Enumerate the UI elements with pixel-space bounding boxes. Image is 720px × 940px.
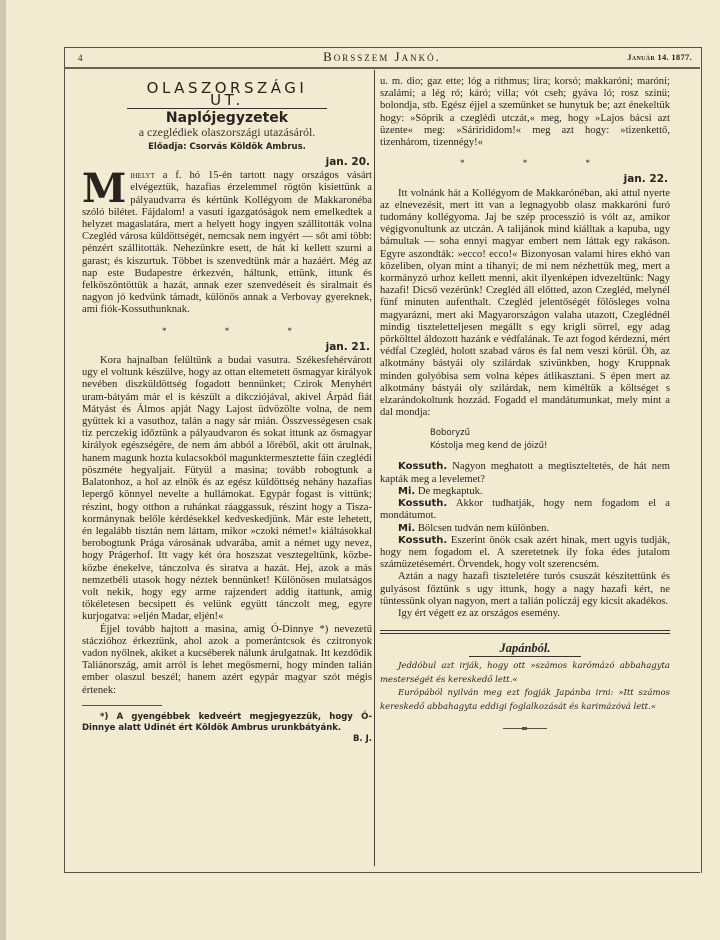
section-rule	[380, 630, 670, 634]
left-column: OLASZORSZÁGI UT. Naplójegyzetek a czeglé…	[82, 76, 372, 745]
entry-date-jan22: jan. 22.	[380, 173, 670, 185]
entry-paragraph-continuation: u. m. dio; gaz ette; lóg a rithmus; lira…	[380, 76, 670, 149]
footnote-rule	[82, 705, 162, 706]
entry-paragraph-continued: Éjjel tovább hajtott a masina, amig Ó-Di…	[82, 624, 372, 697]
japan-paragraph: Jeddóbul azt irják, hogy ott »számos kar…	[380, 660, 670, 687]
japan-paragraph: Európából nyilván meg ezt fogják Japánba…	[380, 687, 670, 714]
footnote: *) A gyengébbek kedveért megjegyezzük, h…	[82, 712, 372, 734]
article-title: OLASZORSZÁGI UT.	[127, 82, 327, 109]
closing-paragraph: Igy ért végett ez az országos esemény.	[380, 608, 670, 620]
entry-date-jan21: jan. 21.	[82, 341, 372, 353]
closing-paragraph: Aztán a nagy hazafi tiszteletére turós c…	[380, 571, 670, 608]
japan-article: Japánból. Jeddóbul azt irják, hogy ott »…	[380, 642, 670, 714]
dialogue-line: Mi. Bölcsen tudván nem különben.	[380, 523, 670, 535]
dialogue-line: Kossuth. Akkor tudhatják, hogy nem fogad…	[380, 498, 670, 522]
footnote-signature: B. J.	[335, 734, 372, 745]
issue-date: Január 14. 1877.	[627, 52, 692, 62]
dialogue-line: Kossuth. Eszerint önök csak azért hinak,…	[380, 535, 670, 572]
bottom-rule	[64, 872, 700, 873]
masthead-title: Borsszem Jankó.	[64, 49, 700, 65]
right-column: u. m. dio; gaz ette; lóg a rithmus; lira…	[380, 76, 670, 729]
section-asterisks: * * *	[82, 325, 372, 337]
page-edge	[0, 0, 6, 940]
dialogue: Kossuth. Nagyon meghatott a megtisztelte…	[380, 461, 670, 571]
page-header: 4 Borsszem Jankó. Január 14. 1877.	[64, 47, 700, 69]
dropcap-letter: M	[82, 172, 126, 206]
entry-paragraph: Itt volnánk hát a Kollégyom de Makkaróné…	[380, 188, 670, 420]
column-divider	[374, 70, 375, 866]
section-asterisks: * * *	[380, 157, 670, 169]
verse-quote: Boboryzű Kóstolja meg kend de jóizű!	[430, 427, 670, 453]
article-byline: Előadja: Csorvás Köldök Ambrus.	[82, 141, 372, 153]
japan-title: Japánból.	[380, 642, 670, 654]
dialogue-line: Mi. De megkaptuk.	[380, 486, 670, 498]
dialogue-line: Kossuth. Nagyon meghatott a megtisztelte…	[380, 461, 670, 485]
entry-paragraph: Kora hajnalban felültünk a budai vasutra…	[82, 355, 372, 623]
entry-paragraph: Mihelyt a f. hó 15-én tartott nagy orszá…	[82, 170, 372, 316]
end-ornament	[503, 728, 547, 729]
article-subtitle: Naplójegyzetek	[82, 112, 372, 124]
article-subheading: a czeglédiek olaszországi utazásáról.	[82, 126, 372, 138]
